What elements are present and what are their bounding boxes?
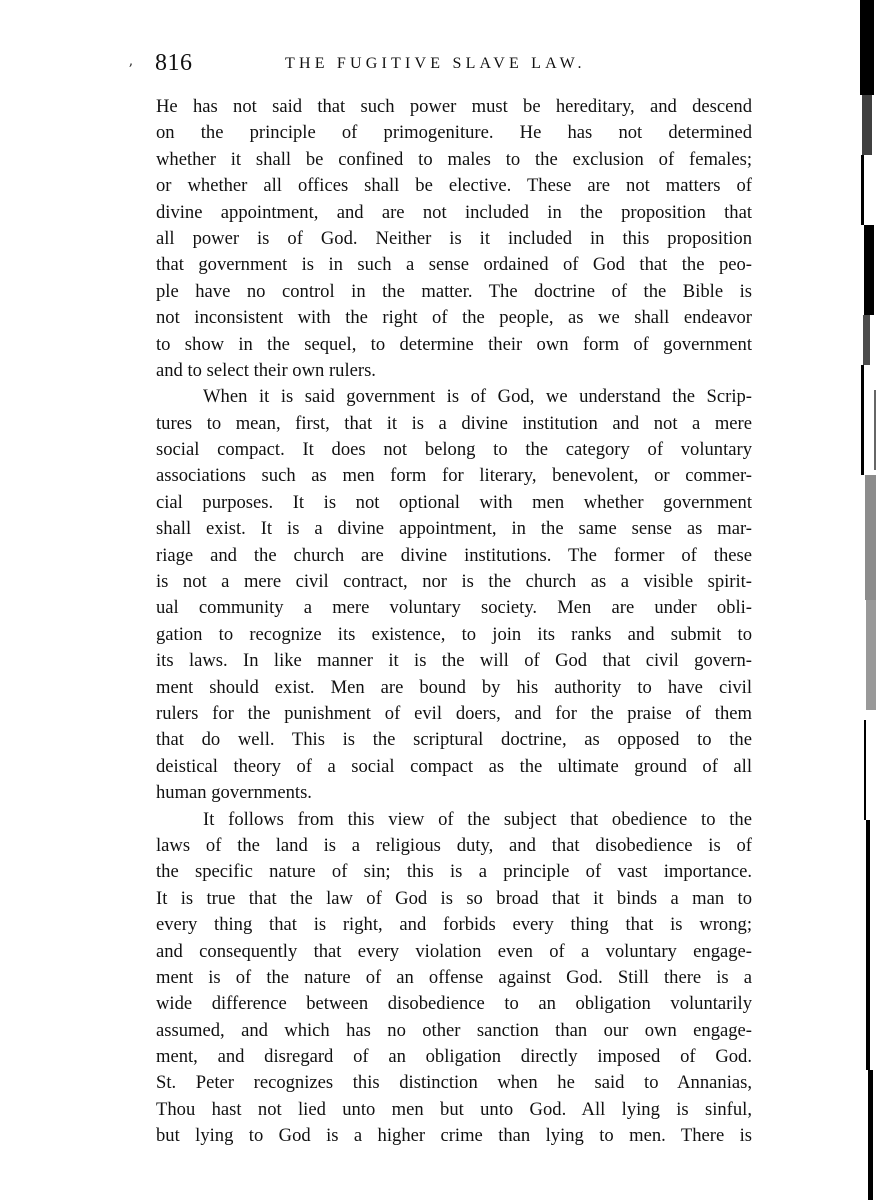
text-line: ment should exist. Men are bound by his … — [156, 675, 752, 701]
text-line: ment is of the nature of an offense agai… — [156, 965, 752, 991]
text-line: the specific nature of sin; this is a pr… — [156, 859, 752, 885]
text-line: divine appointment, and are not included… — [156, 200, 752, 226]
text-line: deistical theory of a social compact as … — [156, 754, 752, 780]
text-line: is not a mere civil contract, nor is the… — [156, 569, 752, 595]
body-text: He has not said that such power must be … — [156, 94, 752, 1150]
text-line: ment, and disregard of an obligation dir… — [156, 1044, 752, 1070]
text-line: or whether all offices shall be elective… — [156, 173, 752, 199]
text-line: shall exist. It is a divine appointment,… — [156, 516, 752, 542]
scan-tick-mark: ʼ — [128, 62, 132, 78]
text-line: but lying to God is a higher crime than … — [156, 1123, 752, 1149]
page-number: 816 — [155, 50, 193, 77]
text-line: laws of the land is a religious duty, an… — [156, 833, 752, 859]
text-line: on the principle of primogeniture. He ha… — [156, 120, 752, 146]
text-line: It follows from this view of the subject… — [156, 807, 752, 833]
page-header: ʼ 816 THE FUGITIVE SLAVE LAW. — [128, 50, 768, 84]
text-line: and to select their own rulers. — [156, 358, 752, 384]
text-line: wide difference between disobedience to … — [156, 991, 752, 1017]
text-line: riage and the church are divine institut… — [156, 543, 752, 569]
page-binding-edge — [830, 0, 882, 1200]
text-line: that government is in such a sense ordai… — [156, 252, 752, 278]
text-line: ual community a mere voluntary society. … — [156, 595, 752, 621]
text-line: ple have no control in the matter. The d… — [156, 279, 752, 305]
text-line: that do well. This is the scriptural doc… — [156, 727, 752, 753]
text-line: cial purposes. It is not optional with m… — [156, 490, 752, 516]
text-line: assumed, and which has no other sanction… — [156, 1018, 752, 1044]
text-line: St. Peter recognizes this distinction wh… — [156, 1070, 752, 1096]
text-line: He has not said that such power must be … — [156, 94, 752, 120]
text-line: social compact. It does not belong to th… — [156, 437, 752, 463]
text-line: whether it shall be confined to males to… — [156, 147, 752, 173]
paragraph: He has not said that such power must be … — [156, 94, 752, 384]
text-line: tures to mean, first, that it is a divin… — [156, 411, 752, 437]
text-line: its laws. In like manner it is the will … — [156, 648, 752, 674]
text-line: and consequently that every violation ev… — [156, 939, 752, 965]
paragraph: It follows from this view of the subject… — [156, 807, 752, 1150]
text-line: human governments. — [156, 780, 752, 806]
paragraph: When it is said government is of God, we… — [156, 384, 752, 806]
text-line: gation to recognize its existence, to jo… — [156, 622, 752, 648]
scanned-book-page: ʼ 816 THE FUGITIVE SLAVE LAW. He has not… — [0, 0, 882, 1200]
text-line: every thing that is right, and forbids e… — [156, 912, 752, 938]
text-line: all power is of God. Neither is it inclu… — [156, 226, 752, 252]
text-line: associations such as men form for litera… — [156, 463, 752, 489]
running-head-title: THE FUGITIVE SLAVE LAW. — [285, 55, 586, 73]
text-line: Thou hast not lied unto men but unto God… — [156, 1097, 752, 1123]
text-line: When it is said government is of God, we… — [156, 384, 752, 410]
text-line: not inconsistent with the right of the p… — [156, 305, 752, 331]
text-line: rulers for the punishment of evil doers,… — [156, 701, 752, 727]
text-line: It is true that the law of God is so bro… — [156, 886, 752, 912]
text-line: to show in the sequel, to determine thei… — [156, 332, 752, 358]
